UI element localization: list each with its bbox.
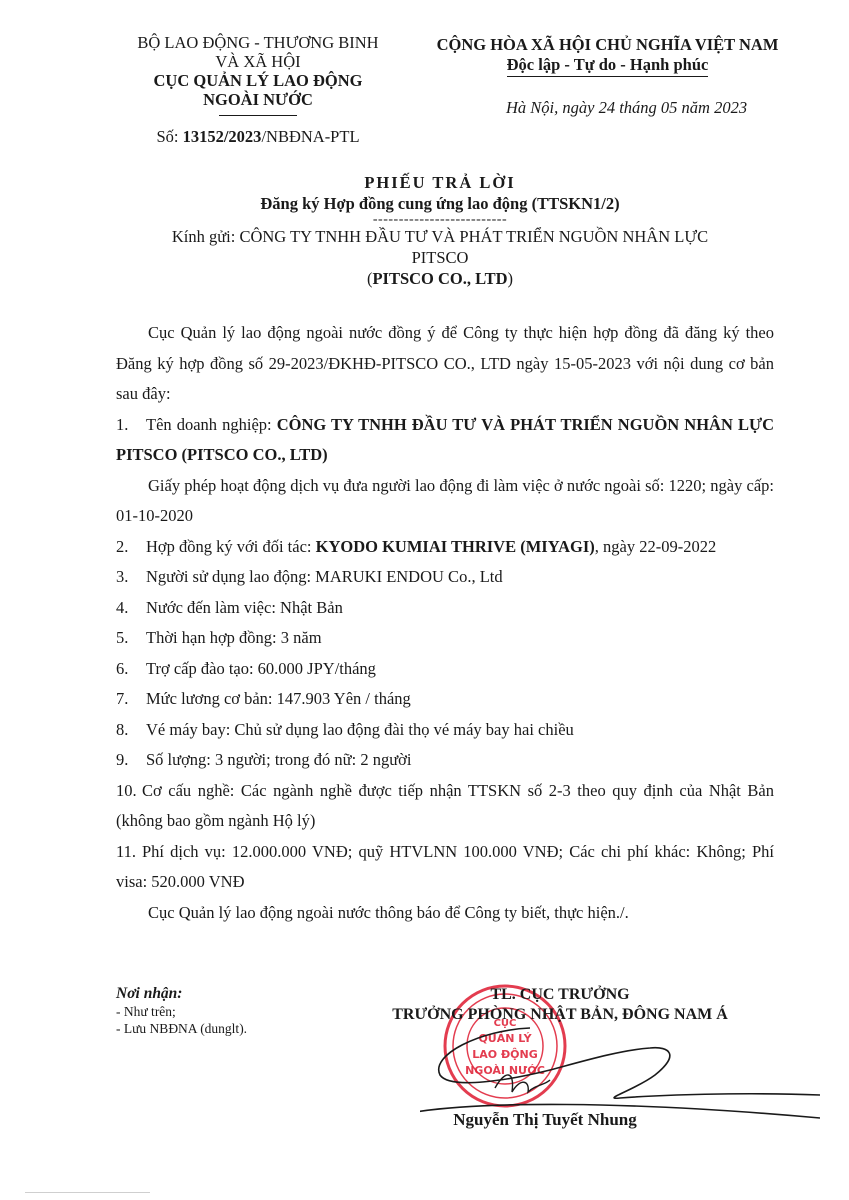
document-title: PHIẾU TRẢ LỜI <box>150 172 730 193</box>
number-suffix: /NBĐNA-PTL <box>261 127 359 146</box>
number-value: 13152/2023 <box>183 127 262 146</box>
item-number: 2. <box>116 532 146 563</box>
date-line: Hà Nội, ngày 24 tháng 05 năm 2023 <box>506 98 747 118</box>
content-item: 11.Phí dịch vụ: 12.000.000 VNĐ; quỹ HTVL… <box>116 837 774 898</box>
item-number: 10. <box>116 776 142 807</box>
document-subtitle: Đăng ký Hợp đồng cung ứng lao động (TTSK… <box>150 193 730 214</box>
item-number: 7. <box>116 684 146 715</box>
item-text: Vé máy bay: Chủ sử dụng lao động đài thọ… <box>146 720 574 739</box>
handwritten-signature-icon <box>420 1000 820 1120</box>
separator: -------------------------- <box>150 214 730 226</box>
agency-line1: CỤC QUẢN LÝ LAO ĐỘNG <box>108 71 408 90</box>
item-text: Phí dịch vụ: 12.000.000 VNĐ; quỹ HTVLNN … <box>116 842 774 892</box>
content-item: 4.Nước đến làm việc: Nhật Bản <box>116 593 774 624</box>
item-text: Trợ cấp đào tạo: 60.000 JPY/tháng <box>146 659 376 678</box>
recipients-list: Nơi nhận: - Như trên; - Lưu NBĐNA (dungl… <box>116 985 247 1037</box>
item-text: Giấy phép hoạt động dịch vụ đưa người la… <box>116 476 774 526</box>
content-item: 7.Mức lương cơ bản: 147.903 Yên / tháng <box>116 684 774 715</box>
agency-line2: NGOÀI NƯỚC <box>108 90 408 109</box>
issuing-agency-header: BỘ LAO ĐỘNG - THƯƠNG BINH VÀ XÃ HỘI CỤC … <box>108 33 408 146</box>
header-divider <box>219 115 297 116</box>
content-item: 3.Người sử dụng lao động: MARUKI ENDOU C… <box>116 562 774 593</box>
recipient-address: Kính gửi: CÔNG TY TNHH ĐẦU TƯ VÀ PHÁT TR… <box>150 226 730 289</box>
national-header: CỘNG HÒA XÃ HỘI CHỦ NGHĨA VIỆT NAM Độc l… <box>410 35 805 77</box>
recipient-short-name: (PITSCO CO., LTD) <box>150 268 730 289</box>
recipient-item: - Lưu NBĐNA (dunglt). <box>116 1020 247 1037</box>
item-number: 5. <box>116 623 146 654</box>
item-emphasis: KYODO KUMIAI THRIVE (MIYAGI) <box>316 537 595 556</box>
title-block: PHIẾU TRẢ LỜI Đăng ký Hợp đồng cung ứng … <box>150 172 730 289</box>
item-text: Cơ cấu nghề: Các ngành nghề được tiếp nh… <box>116 781 774 831</box>
recipient-line2: PITSCO <box>150 247 730 268</box>
content-item: 1.Tên doanh nghiệp: CÔNG TY TNHH ĐẦU TƯ … <box>116 410 774 471</box>
item-text: Người sử dụng lao động: MARUKI ENDOU Co.… <box>146 567 503 586</box>
intro-paragraph: Cục Quản lý lao động ngoài nước đồng ý đ… <box>116 318 774 410</box>
content-item: Giấy phép hoạt động dịch vụ đưa người la… <box>116 471 774 532</box>
content-item: 5.Thời hạn hợp đồng: 3 năm <box>116 623 774 654</box>
recipient-line1: Kính gửi: CÔNG TY TNHH ĐẦU TƯ VÀ PHÁT TR… <box>150 226 730 247</box>
nation-title: CỘNG HÒA XÃ HỘI CHỦ NGHĨA VIỆT NAM <box>410 35 805 55</box>
national-motto: Độc lập - Tự do - Hạnh phúc <box>507 55 709 77</box>
content-item: 8.Vé máy bay: Chủ sử dụng lao động đài t… <box>116 715 774 746</box>
item-number: 6. <box>116 654 146 685</box>
item-number: 8. <box>116 715 146 746</box>
content-item: 9.Số lượng: 3 người; trong đó nữ: 2 ngườ… <box>116 745 774 776</box>
number-prefix: Số: <box>156 127 182 146</box>
content-item: 10.Cơ cấu nghề: Các ngành nghề được tiếp… <box>116 776 774 837</box>
paren-close: ) <box>508 269 514 288</box>
ministry-line2: VÀ XÃ HỘI <box>108 52 408 71</box>
recipients-label: Nơi nhận: <box>116 985 247 1002</box>
item-number: 3. <box>116 562 146 593</box>
content-item: 2.Hợp đồng ký với đối tác: KYODO KUMIAI … <box>116 532 774 563</box>
document-number: Số: 13152/2023/NBĐNA-PTL <box>108 127 408 146</box>
scan-artifact-line <box>25 1192 150 1193</box>
recipient-short: PITSCO CO., LTD <box>372 269 507 288</box>
closing-paragraph: Cục Quản lý lao động ngoài nước thông bá… <box>116 898 774 929</box>
item-number: 4. <box>116 593 146 624</box>
item-text: Tên doanh nghiệp: <box>146 415 277 434</box>
item-tail: , ngày 22-09-2022 <box>595 537 716 556</box>
item-number: 11. <box>116 837 142 868</box>
item-number: 9. <box>116 745 146 776</box>
item-text: Số lượng: 3 người; trong đó nữ: 2 người <box>146 750 411 769</box>
item-text: Hợp đồng ký với đối tác: <box>146 537 316 556</box>
item-number: 1. <box>116 410 146 441</box>
content-item: 6.Trợ cấp đào tạo: 60.000 JPY/tháng <box>116 654 774 685</box>
item-text: Mức lương cơ bản: 147.903 Yên / tháng <box>146 689 411 708</box>
content-items: 1.Tên doanh nghiệp: CÔNG TY TNHH ĐẦU TƯ … <box>116 410 774 898</box>
document-body: Cục Quản lý lao động ngoài nước đồng ý đ… <box>116 318 774 928</box>
item-text: Thời hạn hợp đồng: 3 năm <box>146 628 322 647</box>
recipient-item: - Như trên; <box>116 1003 247 1020</box>
item-text: Nước đến làm việc: Nhật Bản <box>146 598 343 617</box>
ministry-line1: BỘ LAO ĐỘNG - THƯƠNG BINH <box>108 33 408 52</box>
